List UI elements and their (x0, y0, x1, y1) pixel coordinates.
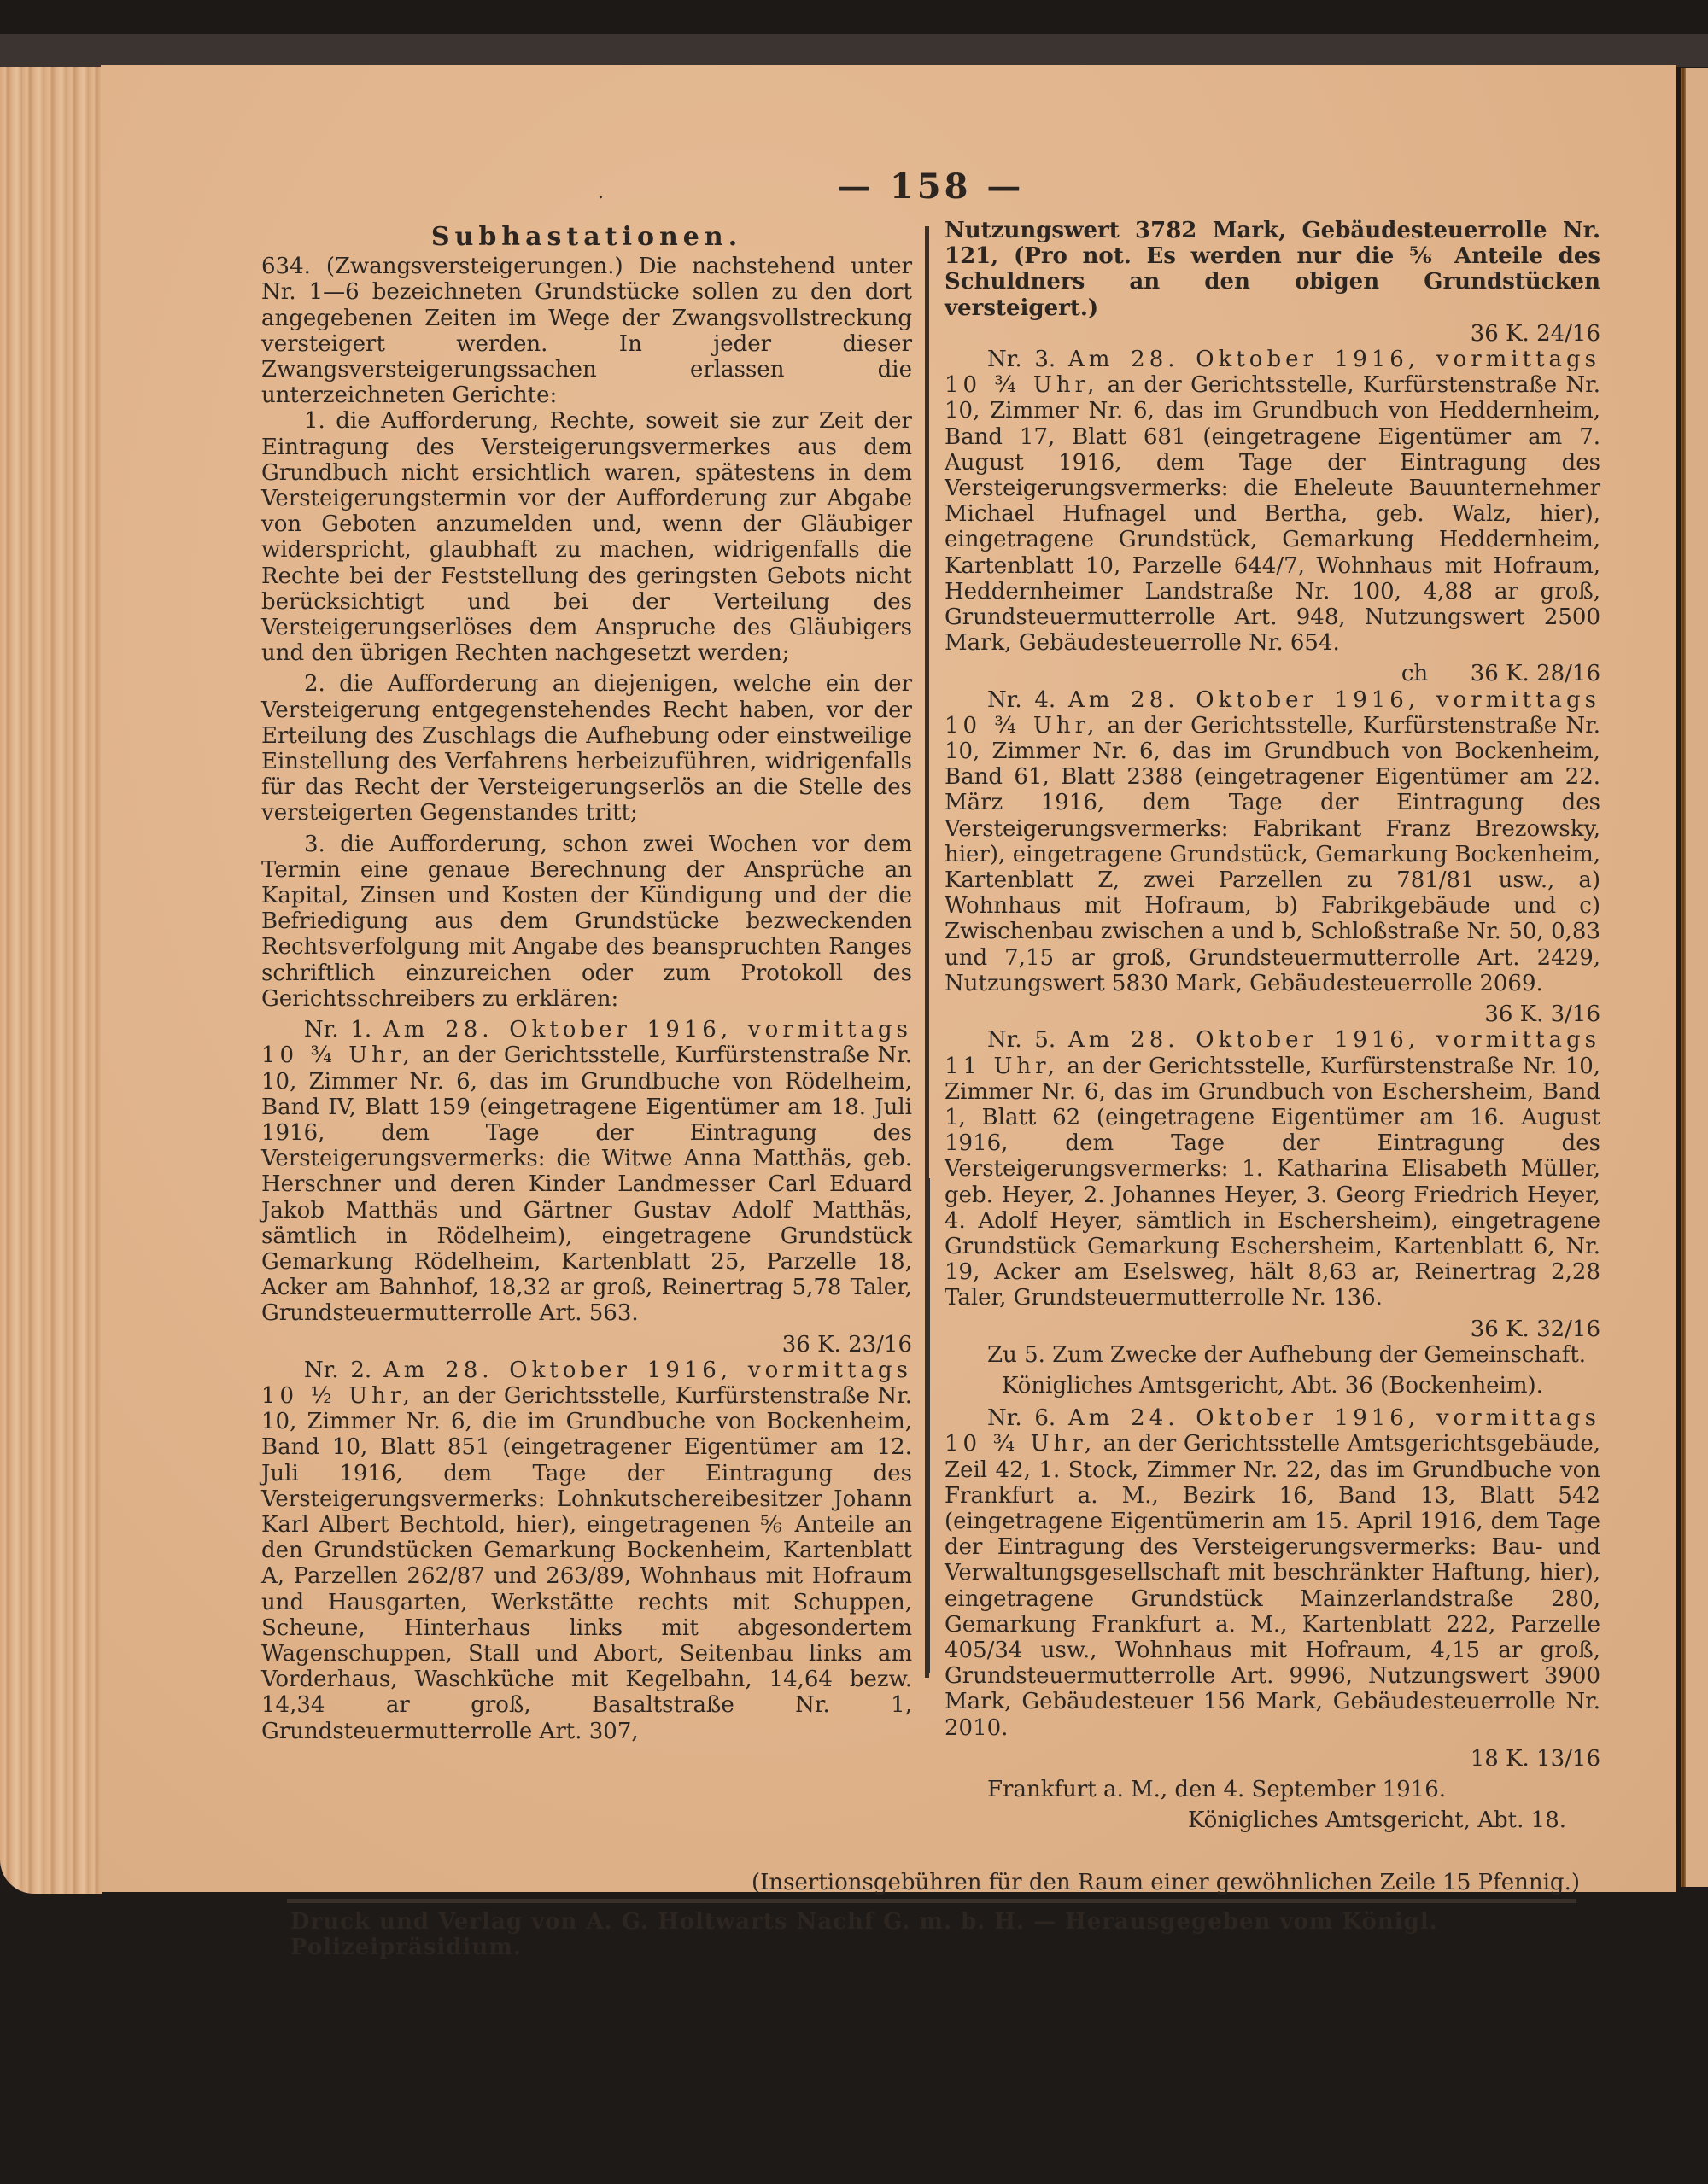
footer-rule (287, 1899, 1576, 1903)
book-edge-top (0, 34, 1708, 67)
entry-number: Nr. 6. (987, 1405, 1056, 1431)
page-stack-edge (0, 67, 102, 1894)
clause-2: 2. die Aufforderung an diejenigen, welch… (261, 671, 912, 826)
note-entry-5: Zu 5. Zum Zwecke der Aufhebung der Gemei… (945, 1342, 1600, 1368)
entry-text: an der Gerichtsstelle, Kurfürstenstraße … (945, 1054, 1600, 1311)
place-date: Frankfurt a. M., den 4. September 1916. (945, 1777, 1600, 1802)
entry-3-ref: ch 36 K. 28/16 (945, 661, 1600, 686)
entry-2-ref: 36 K. 24/16 (945, 321, 1600, 347)
entry-1: Nr. 1. Am 28. Oktober 1916, vormittags 1… (261, 1017, 912, 1326)
court-signature-18: Königliches Amtsgericht, Abt. 18. (945, 1807, 1600, 1833)
entry-2: Nr. 2. Am 28. Oktober 1916, vormittags 1… (261, 1358, 912, 1744)
entry-3: Nr. 3. Am 28. Oktober 1916, vormittags 1… (945, 347, 1600, 656)
intro-paragraph: 634. (Zwangsversteigerungen.) Die nachst… (261, 254, 912, 408)
clause-3: 3. die Aufforderung, schon zwei Wochen v… (261, 832, 912, 1012)
entry-text: an der Gerichtsstelle, Kurfürstenstraße … (945, 713, 1600, 996)
entry-number: Nr. 5. (987, 1027, 1056, 1053)
right-column: Nutzungswert 3782 Mark, Gebäudesteuerrol… (945, 218, 1600, 1833)
entry-5-ref: 36 K. 32/16 (945, 1317, 1600, 1342)
entry-number: Nr. 3. (987, 347, 1056, 372)
entry-number: Nr. 2. (304, 1358, 371, 1383)
entry-4: Nr. 4. Am 28. Oktober 1916, vormittags 1… (945, 687, 1600, 996)
entry-6-ref: 18 K. 13/16 (945, 1746, 1600, 1772)
case-reference: 36 K. 28/16 (1471, 661, 1600, 686)
entry-number: Nr. 4. (987, 687, 1056, 713)
clause-1: 1. die Aufforderung, Rechte, soweit sie … (261, 408, 912, 666)
handwritten-mark: ch (1401, 661, 1428, 686)
insertion-fee-note: (Insertionsgebühren für den Raum einer g… (282, 1870, 1580, 1895)
court-signature-36: Königliches Amtsgericht, Abt. 36 (Bocken… (945, 1373, 1600, 1399)
entry-1-ref: 36 K. 23/16 (261, 1332, 912, 1358)
entry-text: an der Gerichtsstelle, Kurfürstenstraße … (261, 1042, 912, 1326)
printer-imprint: Druck und Verlag von A. G. Holtwarts Nac… (290, 1909, 1588, 1960)
entry-text: an der Gerichtsstelle, Kurfürstenstraße … (945, 372, 1600, 656)
page-header: . — 158 — (598, 166, 1196, 209)
entry-text: an der Gerichtsstelle, Kurfürstenstraße … (261, 1383, 912, 1744)
section-title: Subhastationen. (261, 225, 912, 250)
entry-2-continuation: Nutzungswert 3782 Mark, Gebäudesteuerrol… (945, 218, 1600, 321)
column-divider-lower (927, 1178, 930, 1673)
stray-dot: . (598, 182, 604, 203)
entry-text: an der Gerichtsstelle Amtsgerichtsgebäud… (945, 1431, 1600, 1740)
page-number: — 158 — (837, 166, 1024, 207)
entry-5: Nr. 5. Am 28. Oktober 1916, vormittags 1… (945, 1027, 1600, 1311)
entry-number: Nr. 1. (304, 1017, 371, 1042)
entry-4-ref: 36 K. 3/16 (945, 1001, 1600, 1027)
entry-6: Nr. 6. Am 24. Oktober 1916, vormittags 1… (945, 1405, 1600, 1741)
next-page-edge (1686, 68, 1708, 1887)
left-column: Subhastationen. 634. (Zwangsversteigerun… (261, 218, 912, 1749)
